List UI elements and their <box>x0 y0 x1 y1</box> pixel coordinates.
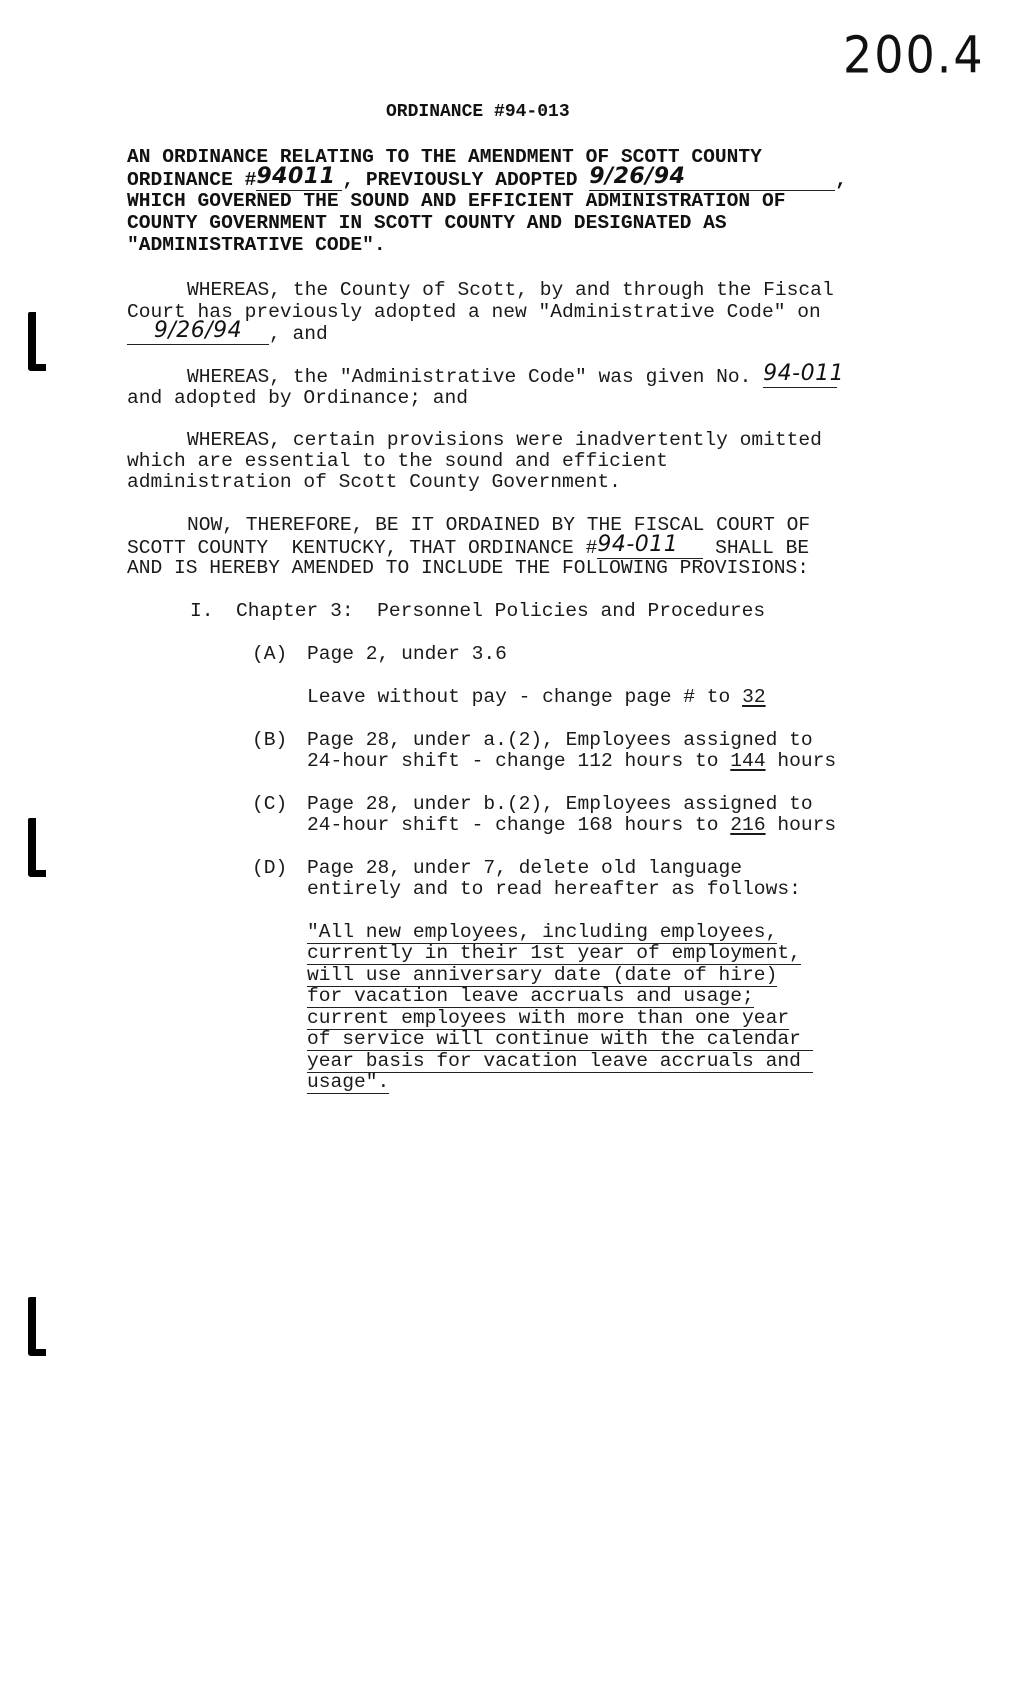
handwritten-ordinance-number: 94011 <box>256 164 335 189</box>
ordained-line-2: SCOTT COUNTY KENTUCKY, THAT ORDINANCE #9… <box>127 537 809 558</box>
adopted-date-blank: 9/26/94 <box>589 169 835 191</box>
item-a-line-1: Page 2, under 3.6 <box>307 644 507 665</box>
section-numeral: I. <box>190 601 214 622</box>
whereas-1-line-1: WHEREAS, the County of Scott, by and thr… <box>187 280 834 301</box>
heading-ordinance-label: ORDINANCE # <box>127 169 256 191</box>
code-number-blank: 94-011 <box>763 366 837 388</box>
amended-ordinance-blank: 94-011 <box>597 537 703 559</box>
item-d-label: (D) <box>252 858 287 879</box>
document-title: ORDINANCE #94-013 <box>386 102 570 123</box>
heading-adopted-label: , PREVIOUSLY ADOPTED <box>342 169 589 191</box>
handwritten-amended-ordinance-number: 94-011 <box>597 532 678 557</box>
quote-line-3: will use anniversary date (date of hire) <box>307 965 777 987</box>
heading-line-4: COUNTY GOVERNMENT IN SCOTT COUNTY AND DE… <box>127 213 727 234</box>
whereas-2-line-1: WHEREAS, the "Administrative Code" was g… <box>187 366 837 387</box>
quote-line-7: year basis for vacation leave accruals a… <box>307 1051 813 1073</box>
quote-line-5: current employees with more than one yea… <box>307 1008 789 1030</box>
handwritten-page-number: 200.4 <box>843 25 985 84</box>
binding-bracket-mark <box>28 312 46 371</box>
whereas-3-line-3: administration of Scott County Governmen… <box>127 472 621 493</box>
ordinance-number-blank: 94011 <box>256 169 342 191</box>
quote-line-2: currently in their 1st year of employmen… <box>307 943 801 965</box>
item-a-text: Leave without pay - change page # to <box>307 686 742 708</box>
item-a-label: (A) <box>252 644 287 665</box>
item-a-new-page-number: 32 <box>742 686 766 708</box>
ordained-line-3: AND IS HEREBY AMENDED TO INCLUDE THE FOL… <box>127 558 809 579</box>
handwritten-code-date: 9/26/94 <box>154 318 242 343</box>
item-c-label: (C) <box>252 794 287 815</box>
item-c-suffix: hours <box>766 814 837 836</box>
whereas-1-suffix: , and <box>269 323 328 345</box>
scanned-document-page: 200.4 ORDINANCE #94-013 AN ORDINANCE REL… <box>0 0 1024 1684</box>
binding-bracket-mark <box>28 818 46 877</box>
code-adopted-date-blank: 9/26/94 <box>127 323 269 345</box>
quote-line-6: of service will continue with the calend… <box>307 1029 813 1051</box>
quote-line-4: for vacation leave accruals and usage; <box>307 986 754 1008</box>
item-b-new-hours: 144 <box>730 750 765 772</box>
item-b-text: 24-hour shift - change 112 hours to <box>307 750 730 772</box>
item-b-suffix: hours <box>766 750 837 772</box>
item-b-line-2: 24-hour shift - change 112 hours to 144 … <box>307 751 836 772</box>
item-d-line-1: Page 28, under 7, delete old language <box>307 858 742 879</box>
item-d-line-2: entirely and to read hereafter as follow… <box>307 879 801 900</box>
whereas-3-line-1: WHEREAS, certain provisions were inadver… <box>187 430 822 451</box>
item-c-new-hours: 216 <box>730 814 765 836</box>
quote-line-8: usage". <box>307 1072 389 1094</box>
binding-bracket-mark <box>28 1297 46 1356</box>
heading-line-3: WHICH GOVERNED THE SOUND AND EFFICIENT A… <box>127 191 785 212</box>
heading-comma: , <box>835 169 847 191</box>
ordained-line-1: NOW, THEREFORE, BE IT ORDAINED BY THE FI… <box>187 515 810 536</box>
item-b-label: (B) <box>252 730 287 751</box>
quote-line-1: "All new employees, including employees, <box>307 922 777 944</box>
whereas-3-line-2: which are essential to the sound and eff… <box>127 451 668 472</box>
ordained-text: SCOTT COUNTY KENTUCKY, THAT ORDINANCE # <box>127 537 597 559</box>
item-a-line-2: Leave without pay - change page # to 32 <box>307 687 766 708</box>
item-c-text: 24-hour shift - change 168 hours to <box>307 814 730 836</box>
item-c-line-2: 24-hour shift - change 168 hours to 216 … <box>307 815 836 836</box>
heading-line-2: ORDINANCE #94011, PREVIOUSLY ADOPTED 9/2… <box>127 169 847 190</box>
whereas-2-line-2: and adopted by Ordinance; and <box>127 388 468 409</box>
item-b-line-1: Page 28, under a.(2), Employees assigned… <box>307 730 813 751</box>
section-title: Chapter 3: Personnel Policies and Proced… <box>236 601 765 622</box>
handwritten-adopted-date: 9/26/94 <box>589 164 685 189</box>
item-c-line-1: Page 28, under b.(2), Employees assigned… <box>307 794 813 815</box>
heading-line-5: "ADMINISTRATIVE CODE". <box>127 235 386 256</box>
handwritten-code-number: 94-011 <box>763 361 844 386</box>
whereas-1-line-3: 9/26/94, and <box>127 323 328 344</box>
ordained-suffix: SHALL BE <box>703 537 809 559</box>
whereas-2-text: WHEREAS, the "Administrative Code" was g… <box>187 366 763 388</box>
